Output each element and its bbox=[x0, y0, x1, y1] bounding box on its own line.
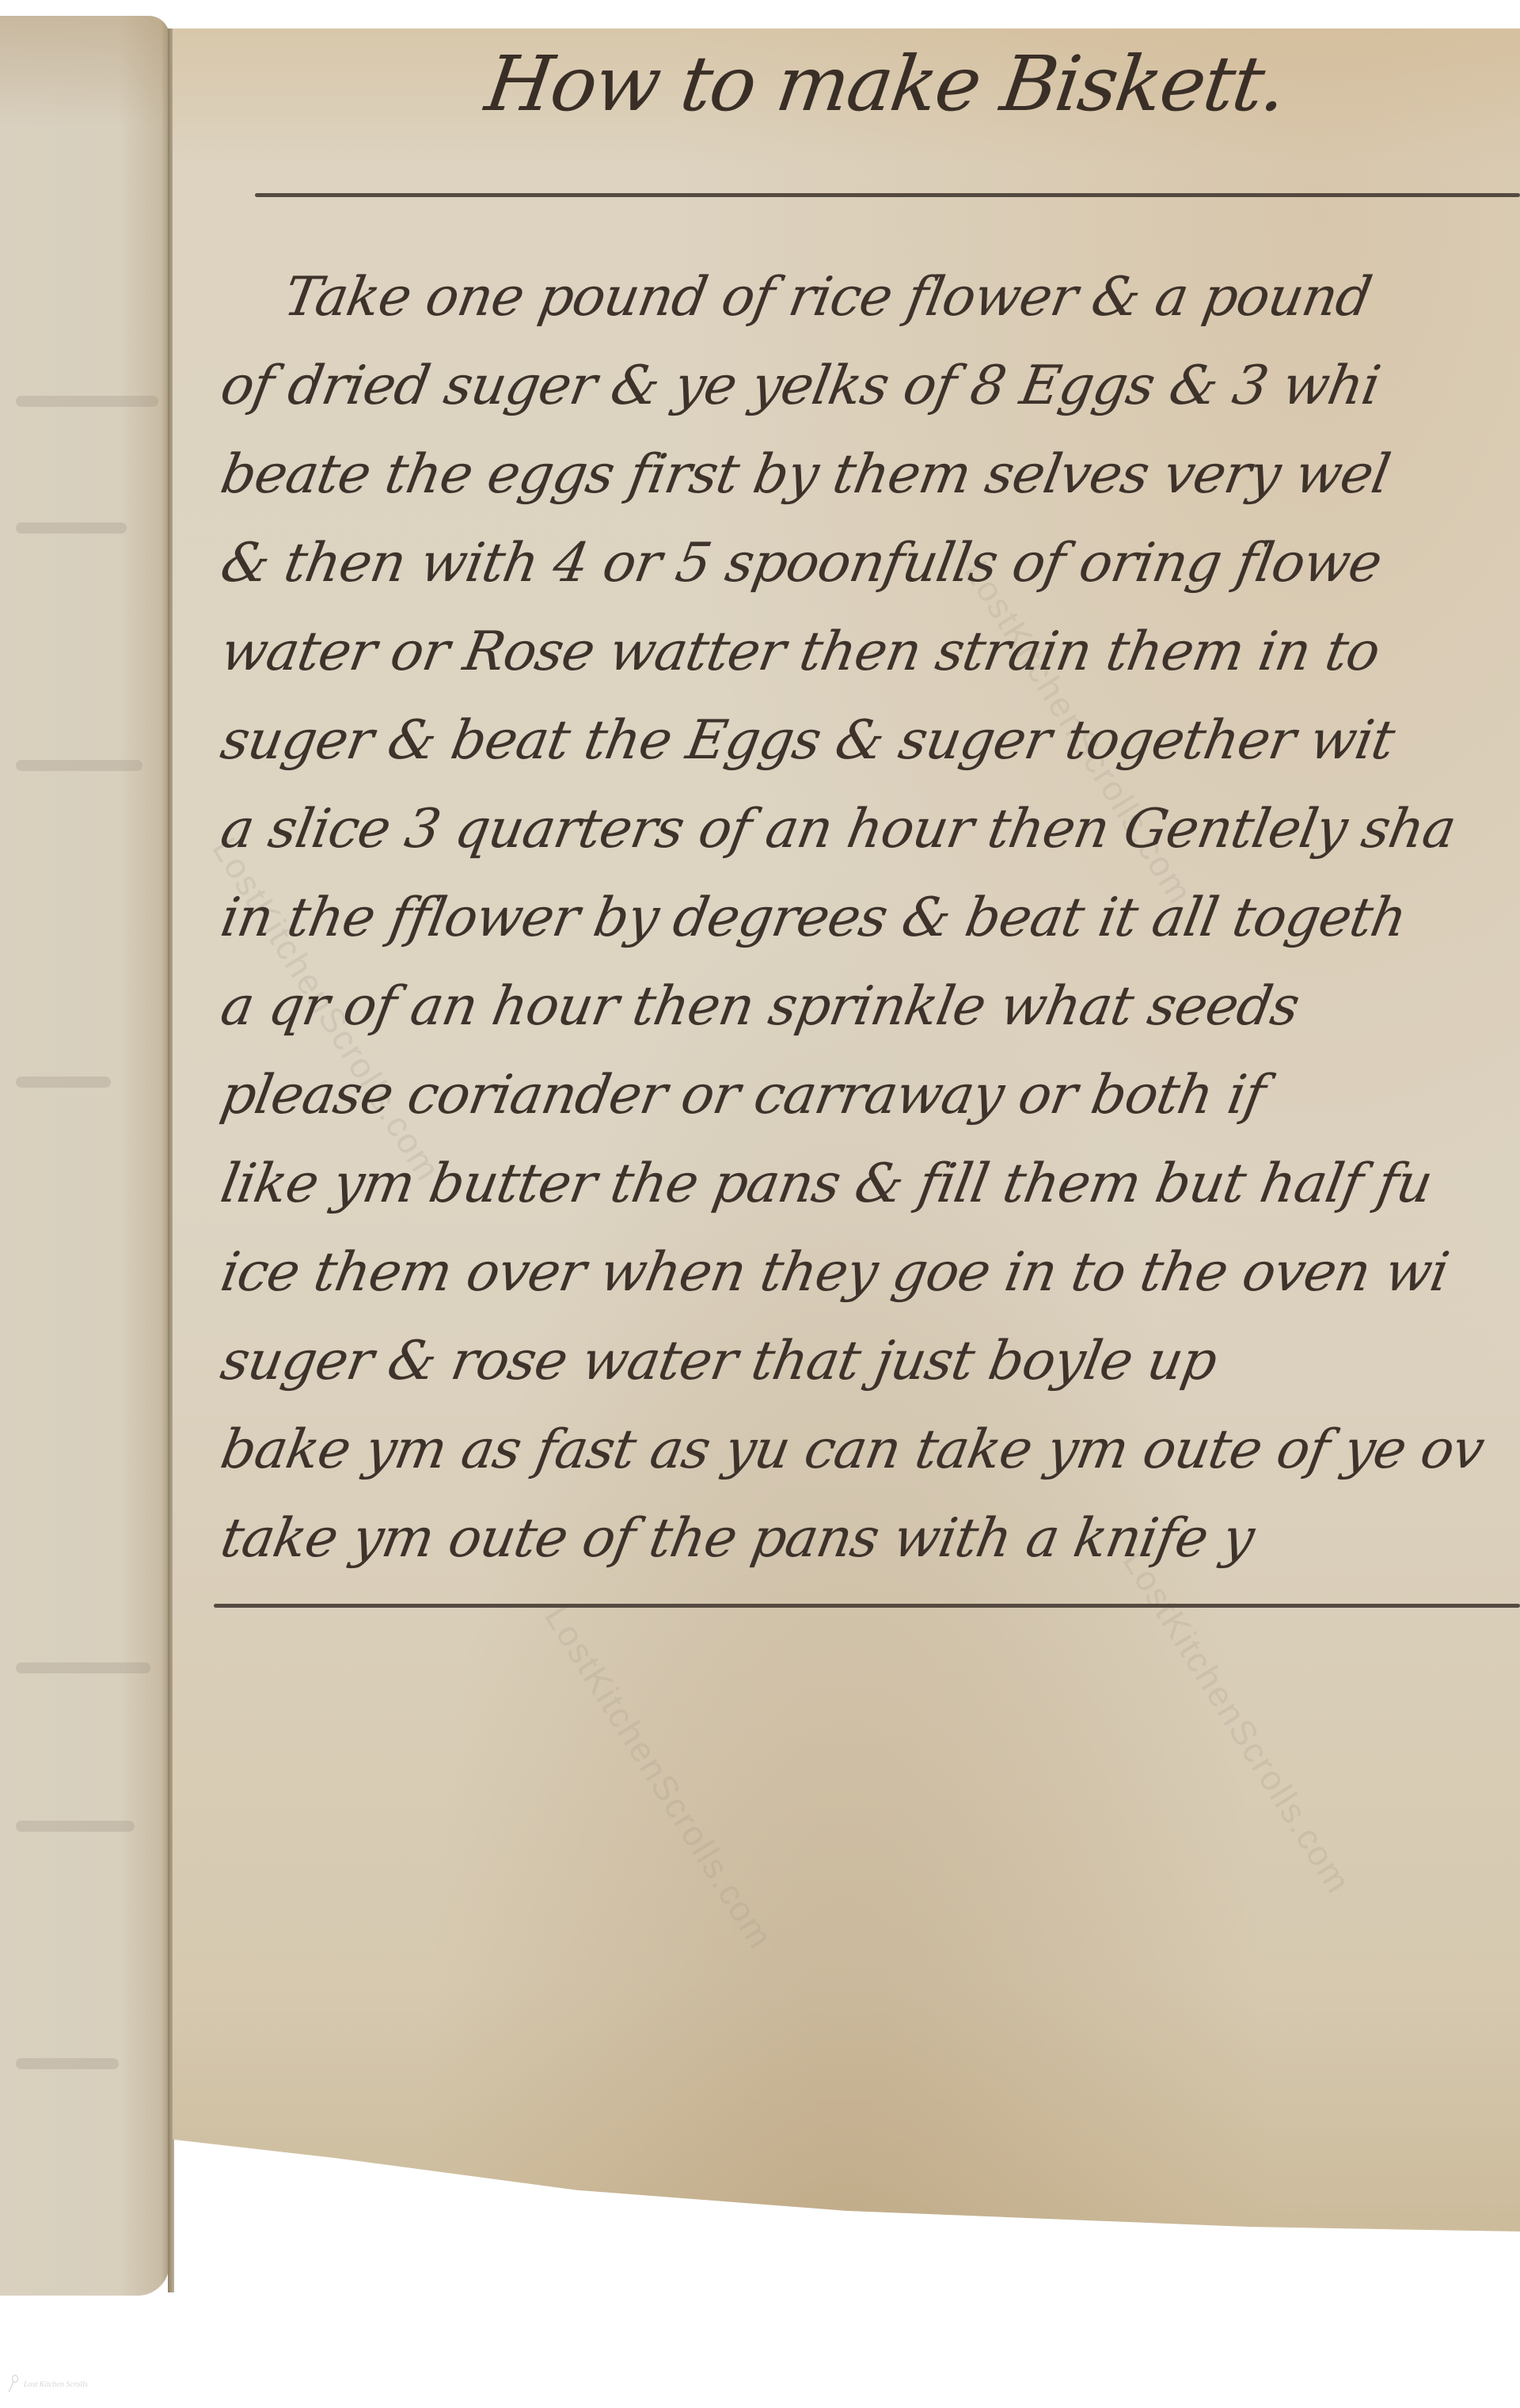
recipe-body: Take one pound of rice flower & a pound … bbox=[222, 253, 1520, 1583]
recipe-line: like ym butter the pans & fill them but … bbox=[214, 1140, 1520, 1229]
recipe-line: suger & rose water that just boyle up bbox=[214, 1317, 1520, 1406]
ink-bleed-mark bbox=[16, 1077, 111, 1088]
footer-credit: Lost Kitchen Scrolls bbox=[6, 2375, 88, 2394]
recipe-line: take ym oute of the pans with a knife y bbox=[214, 1495, 1520, 1583]
ink-bleed-mark bbox=[16, 396, 158, 407]
spoon-icon bbox=[6, 2375, 19, 2394]
recipe-line: ice them over when they goe in to the ov… bbox=[214, 1229, 1520, 1317]
page-stain bbox=[0, 16, 169, 127]
ink-bleed-mark bbox=[16, 522, 127, 534]
title-underline-rule bbox=[255, 193, 1520, 197]
recipe-line: Take one pound of rice flower & a pound bbox=[214, 253, 1520, 342]
recipe-line: water or Rose watter then strain them in… bbox=[214, 608, 1520, 697]
recipe-line: of dried suger & ye yelks of 8 Eggs & 3 … bbox=[214, 342, 1520, 431]
left-page-verso bbox=[0, 16, 169, 2296]
ink-bleed-mark bbox=[16, 2058, 119, 2069]
recipe-line: bake ym as fast as yu can take ym oute o… bbox=[214, 1406, 1520, 1495]
ink-bleed-mark bbox=[16, 1662, 150, 1673]
recipe-line: & then with 4 or 5 spoonfulls of oring f… bbox=[214, 519, 1520, 608]
recipe-line: in the fflower by degrees & beat it all … bbox=[214, 874, 1520, 963]
recipe-title: How to make Biskett. bbox=[473, 40, 1363, 182]
recipe-line: beate the eggs first by them selves very… bbox=[214, 431, 1520, 519]
footer-credit-text: Lost Kitchen Scrolls bbox=[24, 2380, 88, 2389]
ink-bleed-mark bbox=[16, 1821, 135, 1832]
recipe-line: please coriander or carraway or both if bbox=[214, 1051, 1520, 1140]
recipe-line: suger & beat the Eggs & suger together w… bbox=[214, 697, 1520, 785]
end-rule bbox=[214, 1604, 1520, 1608]
recipe-line: a slice 3 quarters of an hour then Gentl… bbox=[214, 785, 1520, 874]
ink-bleed-mark bbox=[16, 760, 142, 771]
recipe-line: a qr of an hour then sprinkle what seeds bbox=[214, 963, 1520, 1051]
